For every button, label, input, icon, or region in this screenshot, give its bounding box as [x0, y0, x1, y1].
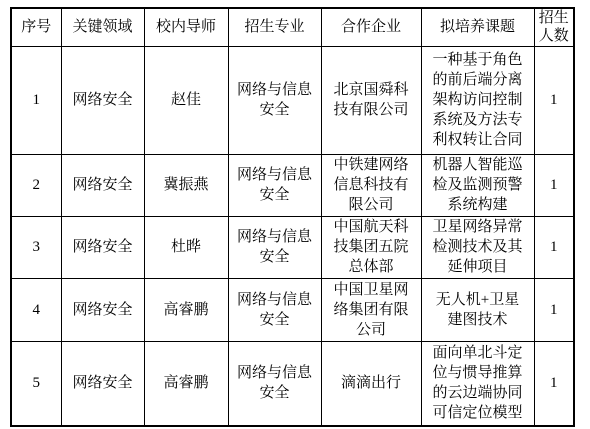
col-header-no: 序号: [11, 8, 61, 46]
cell-mentor: 赵佳: [144, 46, 228, 154]
cell-count: 1: [534, 278, 574, 341]
cell-topic: 机器人智能巡 检及监测预警 系统构建: [421, 154, 534, 216]
cell-field: 网络安全: [61, 278, 144, 341]
cell-no: 1: [11, 46, 61, 154]
cell-company: 中国航天科 技集团五院 总体部: [321, 216, 421, 278]
cell-topic: 面向单北斗定 位与惯导推算 的云边端协同 可信定位模型: [421, 341, 534, 426]
col-header-major: 招生专业: [228, 8, 321, 46]
table-row: 1 网络安全 赵佳 网络与信息 安全 北京国舜科 技有限公司 一种基于角色 的前…: [11, 46, 574, 154]
cell-count: 1: [534, 46, 574, 154]
cell-count: 1: [534, 341, 574, 426]
table-row: 4 网络安全 高睿鹏 网络与信息 安全 中国卫星网 络集团有限 公司 无人机+卫…: [11, 278, 574, 341]
cell-major: 网络与信息 安全: [228, 154, 321, 216]
col-header-topic: 拟培养课题: [421, 8, 534, 46]
cell-major: 网络与信息 安全: [228, 278, 321, 341]
cell-company: 滴滴出行: [321, 341, 421, 426]
header-row: 序号 关键领域 校内导师 招生专业 合作企业 拟培养课题 招生 人数: [11, 8, 574, 46]
cell-no: 3: [11, 216, 61, 278]
table-row: 5 网络安全 高睿鹏 网络与信息 安全 滴滴出行 面向单北斗定 位与惯导推算 的…: [11, 341, 574, 426]
cell-field: 网络安全: [61, 46, 144, 154]
table-row: 2 网络安全 冀振燕 网络与信息 安全 中铁建网络 信息科技有 限公司 机器人智…: [11, 154, 574, 216]
cell-major: 网络与信息 安全: [228, 46, 321, 154]
cell-field: 网络安全: [61, 154, 144, 216]
col-header-mentor: 校内导师: [144, 8, 228, 46]
cell-topic: 卫星网络异常 检测技术及其 延伸项目: [421, 216, 534, 278]
document-page: 序号 关键领域 校内导师 招生专业 合作企业 拟培养课题 招生 人数 1 网络安…: [0, 0, 590, 429]
cell-company: 北京国舜科 技有限公司: [321, 46, 421, 154]
cell-field: 网络安全: [61, 216, 144, 278]
cell-count: 1: [534, 154, 574, 216]
cell-count: 1: [534, 216, 574, 278]
table-row: 3 网络安全 杜晔 网络与信息 安全 中国航天科 技集团五院 总体部 卫星网络异…: [11, 216, 574, 278]
cell-mentor: 高睿鹏: [144, 278, 228, 341]
cell-company: 中铁建网络 信息科技有 限公司: [321, 154, 421, 216]
cell-mentor: 高睿鹏: [144, 341, 228, 426]
cell-field: 网络安全: [61, 341, 144, 426]
cell-major: 网络与信息 安全: [228, 216, 321, 278]
col-header-field: 关键领域: [61, 8, 144, 46]
recruitment-table: 序号 关键领域 校内导师 招生专业 合作企业 拟培养课题 招生 人数 1 网络安…: [10, 7, 575, 427]
cell-no: 4: [11, 278, 61, 341]
cell-no: 2: [11, 154, 61, 216]
col-header-company: 合作企业: [321, 8, 421, 46]
cell-mentor: 杜晔: [144, 216, 228, 278]
cell-topic: 一种基于角色 的前后端分离 架构访问控制 系统及方法专 利权转让合同: [421, 46, 534, 154]
cell-mentor: 冀振燕: [144, 154, 228, 216]
cell-company: 中国卫星网 络集团有限 公司: [321, 278, 421, 341]
cell-topic: 无人机+卫星 建图技术: [421, 278, 534, 341]
cell-no: 5: [11, 341, 61, 426]
cell-major: 网络与信息 安全: [228, 341, 321, 426]
col-header-count: 招生 人数: [534, 8, 574, 46]
